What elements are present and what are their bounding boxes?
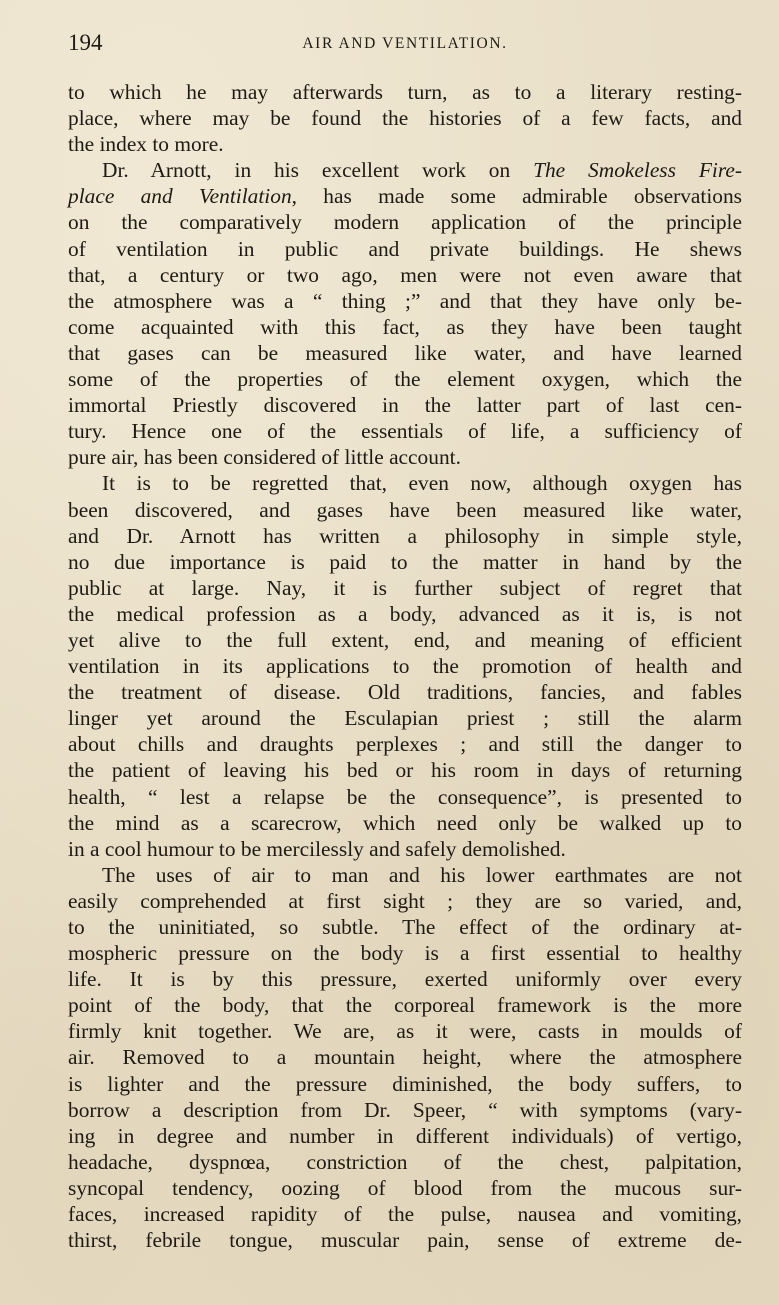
text-line: in a cool humour to be mercilessly and s…	[68, 836, 742, 862]
text-line: mospheric pressure on the body is a firs…	[68, 940, 742, 966]
running-head: 194 AIR AND VENTILATION.	[68, 30, 742, 60]
text-line: been discovered, and gases have been mea…	[68, 497, 742, 523]
body-text: to which he may afterwards turn, as to a…	[68, 79, 742, 1253]
text-line: on the comparatively modern application …	[68, 209, 742, 235]
text-line: The uses of air to man and his lower ear…	[68, 862, 742, 888]
text-line: the medical profession as a body, advanc…	[68, 601, 742, 627]
text-line: headache, dyspnœa, constriction of the c…	[68, 1149, 742, 1175]
text-line: that gases can be measured like water, a…	[68, 340, 742, 366]
running-title: AIR AND VENTILATION.	[68, 35, 742, 53]
text-line: air. Removed to a mountain height, where…	[68, 1044, 742, 1070]
text-line: to the uninitiated, so subtle. The effec…	[68, 914, 742, 940]
text-line: that, a century or two ago, men were not…	[68, 262, 742, 288]
text-line: to which he may afterwards turn, as to a…	[68, 79, 742, 105]
text-line: yet alive to the full extent, end, and m…	[68, 627, 742, 653]
text-line: about chills and draughts perplexes ; an…	[68, 731, 742, 757]
text-line: health, “ lest a relapse be the conseque…	[68, 784, 742, 810]
text-line: the index to more.	[68, 131, 742, 157]
paragraph: to which he may afterwards turn, as to a…	[68, 79, 742, 157]
paragraph: The uses of air to man and his lower ear…	[68, 862, 742, 1253]
text-line: no due importance is paid to the matter …	[68, 549, 742, 575]
text-line: the atmosphere was a “ thing ;” and that…	[68, 288, 742, 314]
text-line: come acquainted with this fact, as they …	[68, 314, 742, 340]
text-line: ventilation in its applications to the p…	[68, 653, 742, 679]
book-page: 194 AIR AND VENTILATION. to which he may…	[0, 0, 779, 1305]
text-line: ing in degree and number in different in…	[68, 1123, 742, 1149]
paragraph: It is to be regretted that, even now, al…	[68, 470, 742, 861]
text-line: some of the properties of the element ox…	[68, 366, 742, 392]
text-line: easily comprehended at first sight ; the…	[68, 888, 742, 914]
text-line: is lighter and the pressure diminished, …	[68, 1071, 742, 1097]
text-line: the patient of leaving his bed or his ro…	[68, 757, 742, 783]
text-run: , has made some admirable observations	[292, 184, 742, 208]
text-line: and Dr. Arnott has written a philosophy …	[68, 523, 742, 549]
text-run: Dr. Arnott, in his excellent work on	[102, 158, 533, 182]
text-line: firmly knit together. We are, as it were…	[68, 1018, 742, 1044]
text-line: public at large. Nay, it is further subj…	[68, 575, 742, 601]
book-title-italic: place and Ventilation	[68, 184, 292, 208]
text-line: faces, increased rapidity of the pulse, …	[68, 1201, 742, 1227]
text-line: borrow a description from Dr. Speer, “ w…	[68, 1097, 742, 1123]
text-line: the treatment of disease. Old traditions…	[68, 679, 742, 705]
text-line: linger yet around the Esculapian priest …	[68, 705, 742, 731]
text-line: syncopal tendency, oozing of blood from …	[68, 1175, 742, 1201]
text-line: tury. Hence one of the essentials of lif…	[68, 418, 742, 444]
text-line: pure air, has been considered of little …	[68, 444, 742, 470]
text-line: life. It is by this pressure, exerted un…	[68, 966, 742, 992]
text-line: the mind as a scarecrow, which need only…	[68, 810, 742, 836]
book-title-italic: The Smokeless Fire-	[533, 158, 742, 182]
text-line: It is to be regretted that, even now, al…	[68, 470, 742, 496]
text-line: place, where may be found the histories …	[68, 105, 742, 131]
text-line: thirst, febrile tongue, muscular pain, s…	[68, 1227, 742, 1253]
text-line: of ventilation in public and private bui…	[68, 236, 742, 262]
text-line: point of the body, that the corporeal fr…	[68, 992, 742, 1018]
text-line: immortal Priestly discovered in the latt…	[68, 392, 742, 418]
paragraph: Dr. Arnott, in his excellent work on The…	[68, 157, 742, 470]
text-line: Dr. Arnott, in his excellent work on The…	[68, 157, 742, 183]
text-line: place and Ventilation, has made some adm…	[68, 183, 742, 209]
